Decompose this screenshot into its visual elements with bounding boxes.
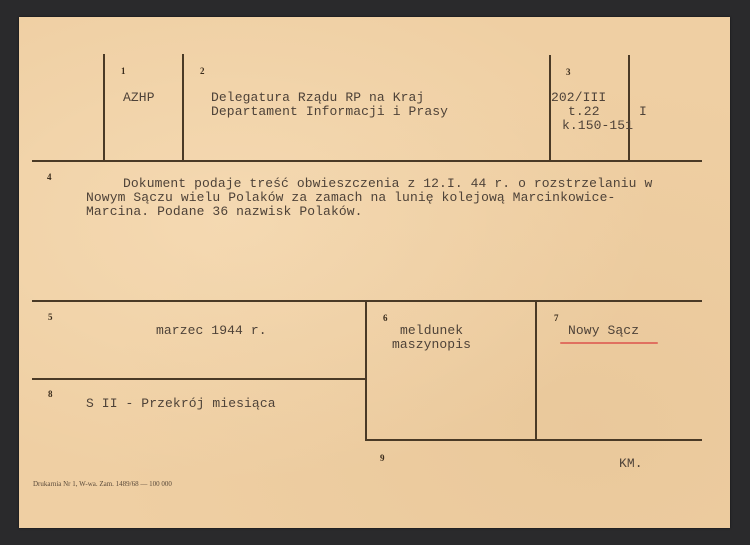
field-number-8: 8 [48, 389, 53, 399]
document-date: marzec 1944 r. [156, 324, 267, 338]
rule-description-bottom [32, 300, 702, 302]
series-name: S II - Przekrój miesiąca [86, 397, 276, 411]
field-number-3: 3 [566, 67, 571, 77]
rule-top-row-bottom [32, 160, 702, 162]
creator-line-2: Departament Informacji i Prasy [211, 105, 448, 119]
field-number-4: 4 [47, 172, 52, 182]
field-number-5: 5 [48, 312, 53, 322]
document-form: maszynopis [392, 338, 471, 352]
rule-field67-bottom [365, 439, 702, 441]
description-line-3: Marcina. Podane 36 nazwisk Polaków. [86, 205, 363, 219]
divider-field2-field3 [549, 55, 551, 161]
divider-field1-left [103, 54, 105, 161]
field-number-9: 9 [380, 453, 385, 463]
place-name: Nowy Sącz [568, 324, 639, 338]
field-number-6: 6 [383, 313, 388, 323]
divider-field1-field2 [182, 54, 184, 161]
description-line-2: Nowym Sączu wielu Polaków za zamach na l… [86, 191, 615, 205]
description-line-1: Dokument podaje treść obwieszczenia z 12… [123, 177, 652, 191]
field-number-7: 7 [554, 313, 559, 323]
catalog-card: 1 AZHP 2 Delegatura Rządu RP na Kraj Dep… [19, 17, 730, 528]
signature-line-3: k.150-151 [562, 119, 633, 133]
creator-line-1: Delegatura Rządu RP na Kraj [211, 91, 424, 105]
field-number-1: 1 [121, 66, 126, 76]
rule-field5-bottom [32, 378, 365, 380]
document-type: meldunek [400, 324, 463, 338]
archive-code: AZHP [123, 91, 155, 105]
divider-field6-field7 [535, 301, 537, 440]
volume-number: I [639, 105, 647, 119]
cataloger-initials: KM. [619, 457, 643, 471]
divider-field5-field6 [365, 301, 367, 441]
signature-line-2: t.22 [568, 105, 600, 119]
signature-line-1: 202/III [551, 91, 606, 105]
divider-field3-volume [628, 55, 630, 161]
field-number-2: 2 [200, 66, 205, 76]
place-red-underline [560, 342, 658, 344]
printer-imprint: Drukarnia Nr 1, W-wa. Zam. 1489/68 — 100… [33, 480, 172, 488]
